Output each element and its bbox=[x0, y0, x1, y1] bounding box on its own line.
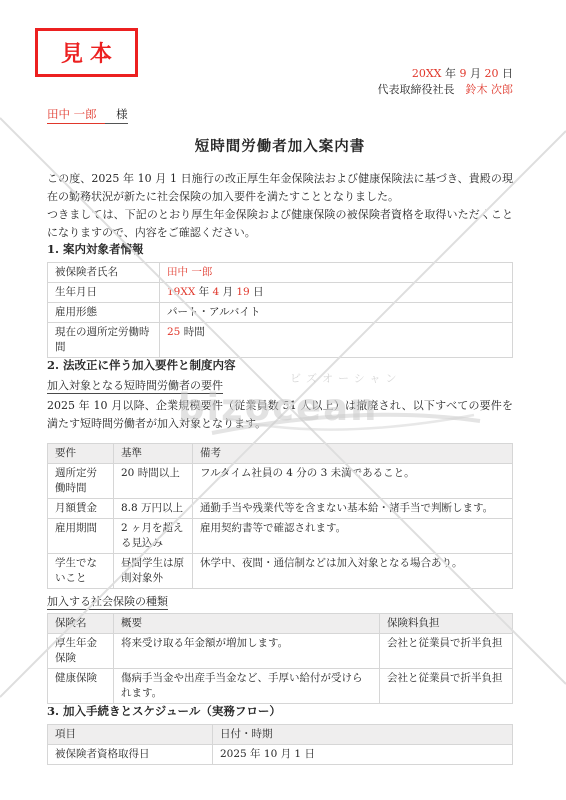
table-row: 生年月日19XX 年 4 月 19 日 bbox=[48, 283, 513, 303]
table-row: 現在の週所定労働時間25 時間 bbox=[48, 323, 513, 358]
table-cell: フルタイム社員の 4 分の 3 未満であること。 bbox=[193, 464, 513, 499]
table-cell: 被保険者氏名 bbox=[48, 263, 160, 283]
table-cell: 健康保険 bbox=[48, 669, 114, 704]
table-header-row: 項目日付・時期 bbox=[48, 725, 513, 745]
column-header: 備考 bbox=[193, 444, 513, 464]
table-row: 健康保険傷病手当金や出産手当金など、手厚い給付が受けられます。会社と従業員で折半… bbox=[48, 669, 513, 704]
table-row: 学生でないこと昼間学生は原則対象外休学中、夜間・通信制などは加入対象となる場合あ… bbox=[48, 554, 513, 589]
table-cell: 週所定労働時間 bbox=[48, 464, 114, 499]
table-cell: 8.8 万円以上 bbox=[114, 499, 193, 519]
table-cell: 学生でないこと bbox=[48, 554, 114, 589]
table-cell: 厚生年金保険 bbox=[48, 634, 114, 669]
column-header: 保険名 bbox=[48, 614, 114, 634]
table-cell: 2025 年 10 月 1 日 bbox=[213, 745, 513, 765]
table-row: 週所定労働時間20 時間以上フルタイム社員の 4 分の 3 未満であること。 bbox=[48, 464, 513, 499]
insurance-types-table: 保険名概要保険料負担厚生年金保険将来受け取る年金額が増加します。会社と従業員で折… bbox=[47, 613, 513, 704]
table-row: 雇用形態パート・アルバイト bbox=[48, 303, 513, 323]
schedule-table: 項目日付・時期被保険者資格取得日2025 年 10 月 1 日 bbox=[47, 724, 513, 765]
table-cell: 2 ヶ月を超える見込み bbox=[114, 519, 193, 554]
table-header-row: 要件基準備考 bbox=[48, 444, 513, 464]
table-cell: 月額賃金 bbox=[48, 499, 114, 519]
table-cell: 田中 一郎 bbox=[160, 263, 513, 283]
intro-paragraph-2: つきましては、下記のとおり厚生年金保険および健康保険の被保険者資格を取得いただく… bbox=[47, 206, 513, 242]
table-header-row: 保険名概要保険料負担 bbox=[48, 614, 513, 634]
table-cell: 雇用契約書等で確認されます。 bbox=[193, 519, 513, 554]
document-page: 見本 20XX 年 9 月 20 日 代表取締役社長 鈴木 次郎 田中 一郎 様… bbox=[0, 0, 566, 800]
table-cell: 傷病手当金や出産手当金など、手厚い給付が受けられます。 bbox=[114, 669, 380, 704]
insurance-types-subheading: 加入する社会保険の種類 bbox=[47, 594, 513, 609]
table-row: 厚生年金保険将来受け取る年金額が増加します。会社と従業員で折半負担 bbox=[48, 634, 513, 669]
requirements-paragraph: 2025 年 10 月以降、企業規模要件（従業員数 51 人以上）は撤廃され、以… bbox=[47, 397, 513, 432]
section-1-heading: 1. 案内対象者情報 bbox=[47, 242, 513, 257]
table-cell: 将来受け取る年金額が増加します。 bbox=[114, 634, 380, 669]
table-cell: 雇用期間 bbox=[48, 519, 114, 554]
table-cell: 会社と従業員で折半負担 bbox=[380, 634, 513, 669]
table-cell: 通勤手当や残業代等を含まない基本給・諸手当で判断します。 bbox=[193, 499, 513, 519]
table-row: 月額賃金8.8 万円以上通勤手当や残業代等を含まない基本給・諸手当で判断します。 bbox=[48, 499, 513, 519]
intro-paragraphs: この度、2025 年 10 月 1 日施行の改正厚生年金保険法および健康保険法に… bbox=[47, 170, 513, 242]
column-header: 日付・時期 bbox=[213, 725, 513, 745]
table-cell: 雇用形態 bbox=[48, 303, 160, 323]
table-row: 被保険者氏名田中 一郎 bbox=[48, 263, 513, 283]
column-header: 要件 bbox=[48, 444, 114, 464]
table-cell: 19XX 年 4 月 19 日 bbox=[160, 283, 513, 303]
document-title: 短時間労働者加入案内書 bbox=[47, 137, 513, 157]
table-cell: 会社と従業員で折半負担 bbox=[380, 669, 513, 704]
intro-paragraph-1: この度、2025 年 10 月 1 日施行の改正厚生年金保険法および健康保険法に… bbox=[47, 170, 513, 206]
requirements-subheading: 加入対象となる短時間労働者の要件 bbox=[47, 378, 513, 393]
table-cell: 被保険者資格取得日 bbox=[48, 745, 213, 765]
requirements-table: 要件基準備考週所定労働時間20 時間以上フルタイム社員の 4 分の 3 未満であ… bbox=[47, 443, 513, 589]
sample-stamp: 見本 bbox=[35, 28, 138, 77]
table-cell: 現在の週所定労働時間 bbox=[48, 323, 160, 358]
table-cell: 25 時間 bbox=[160, 323, 513, 358]
sample-stamp-label: 見本 bbox=[54, 37, 119, 68]
table-row: 雇用期間2 ヶ月を超える見込み雇用契約書等で確認されます。 bbox=[48, 519, 513, 554]
table-cell: 20 時間以上 bbox=[114, 464, 193, 499]
recipient-line: 田中 一郎 様 bbox=[47, 107, 513, 122]
table-cell: パート・アルバイト bbox=[160, 303, 513, 323]
table-cell: 休学中、夜間・通信制などは加入対象となる場合あり。 bbox=[193, 554, 513, 589]
column-header: 保険料負担 bbox=[380, 614, 513, 634]
column-header: 概要 bbox=[114, 614, 380, 634]
target-info-table: 被保険者氏名田中 一郎生年月日19XX 年 4 月 19 日雇用形態パート・アル… bbox=[47, 262, 513, 358]
column-header: 基準 bbox=[114, 444, 193, 464]
table-cell: 生年月日 bbox=[48, 283, 160, 303]
sender-line: 代表取締役社長 鈴木 次郎 bbox=[47, 82, 513, 98]
column-header: 項目 bbox=[48, 725, 213, 745]
section-3-heading: 3. 加入手続きとスケジュール（実務フロー） bbox=[47, 704, 513, 719]
table-row: 被保険者資格取得日2025 年 10 月 1 日 bbox=[48, 745, 513, 765]
table-cell: 昼間学生は原則対象外 bbox=[114, 554, 193, 589]
section-2-heading: 2. 法改正に伴う加入要件と制度内容 bbox=[47, 358, 513, 373]
